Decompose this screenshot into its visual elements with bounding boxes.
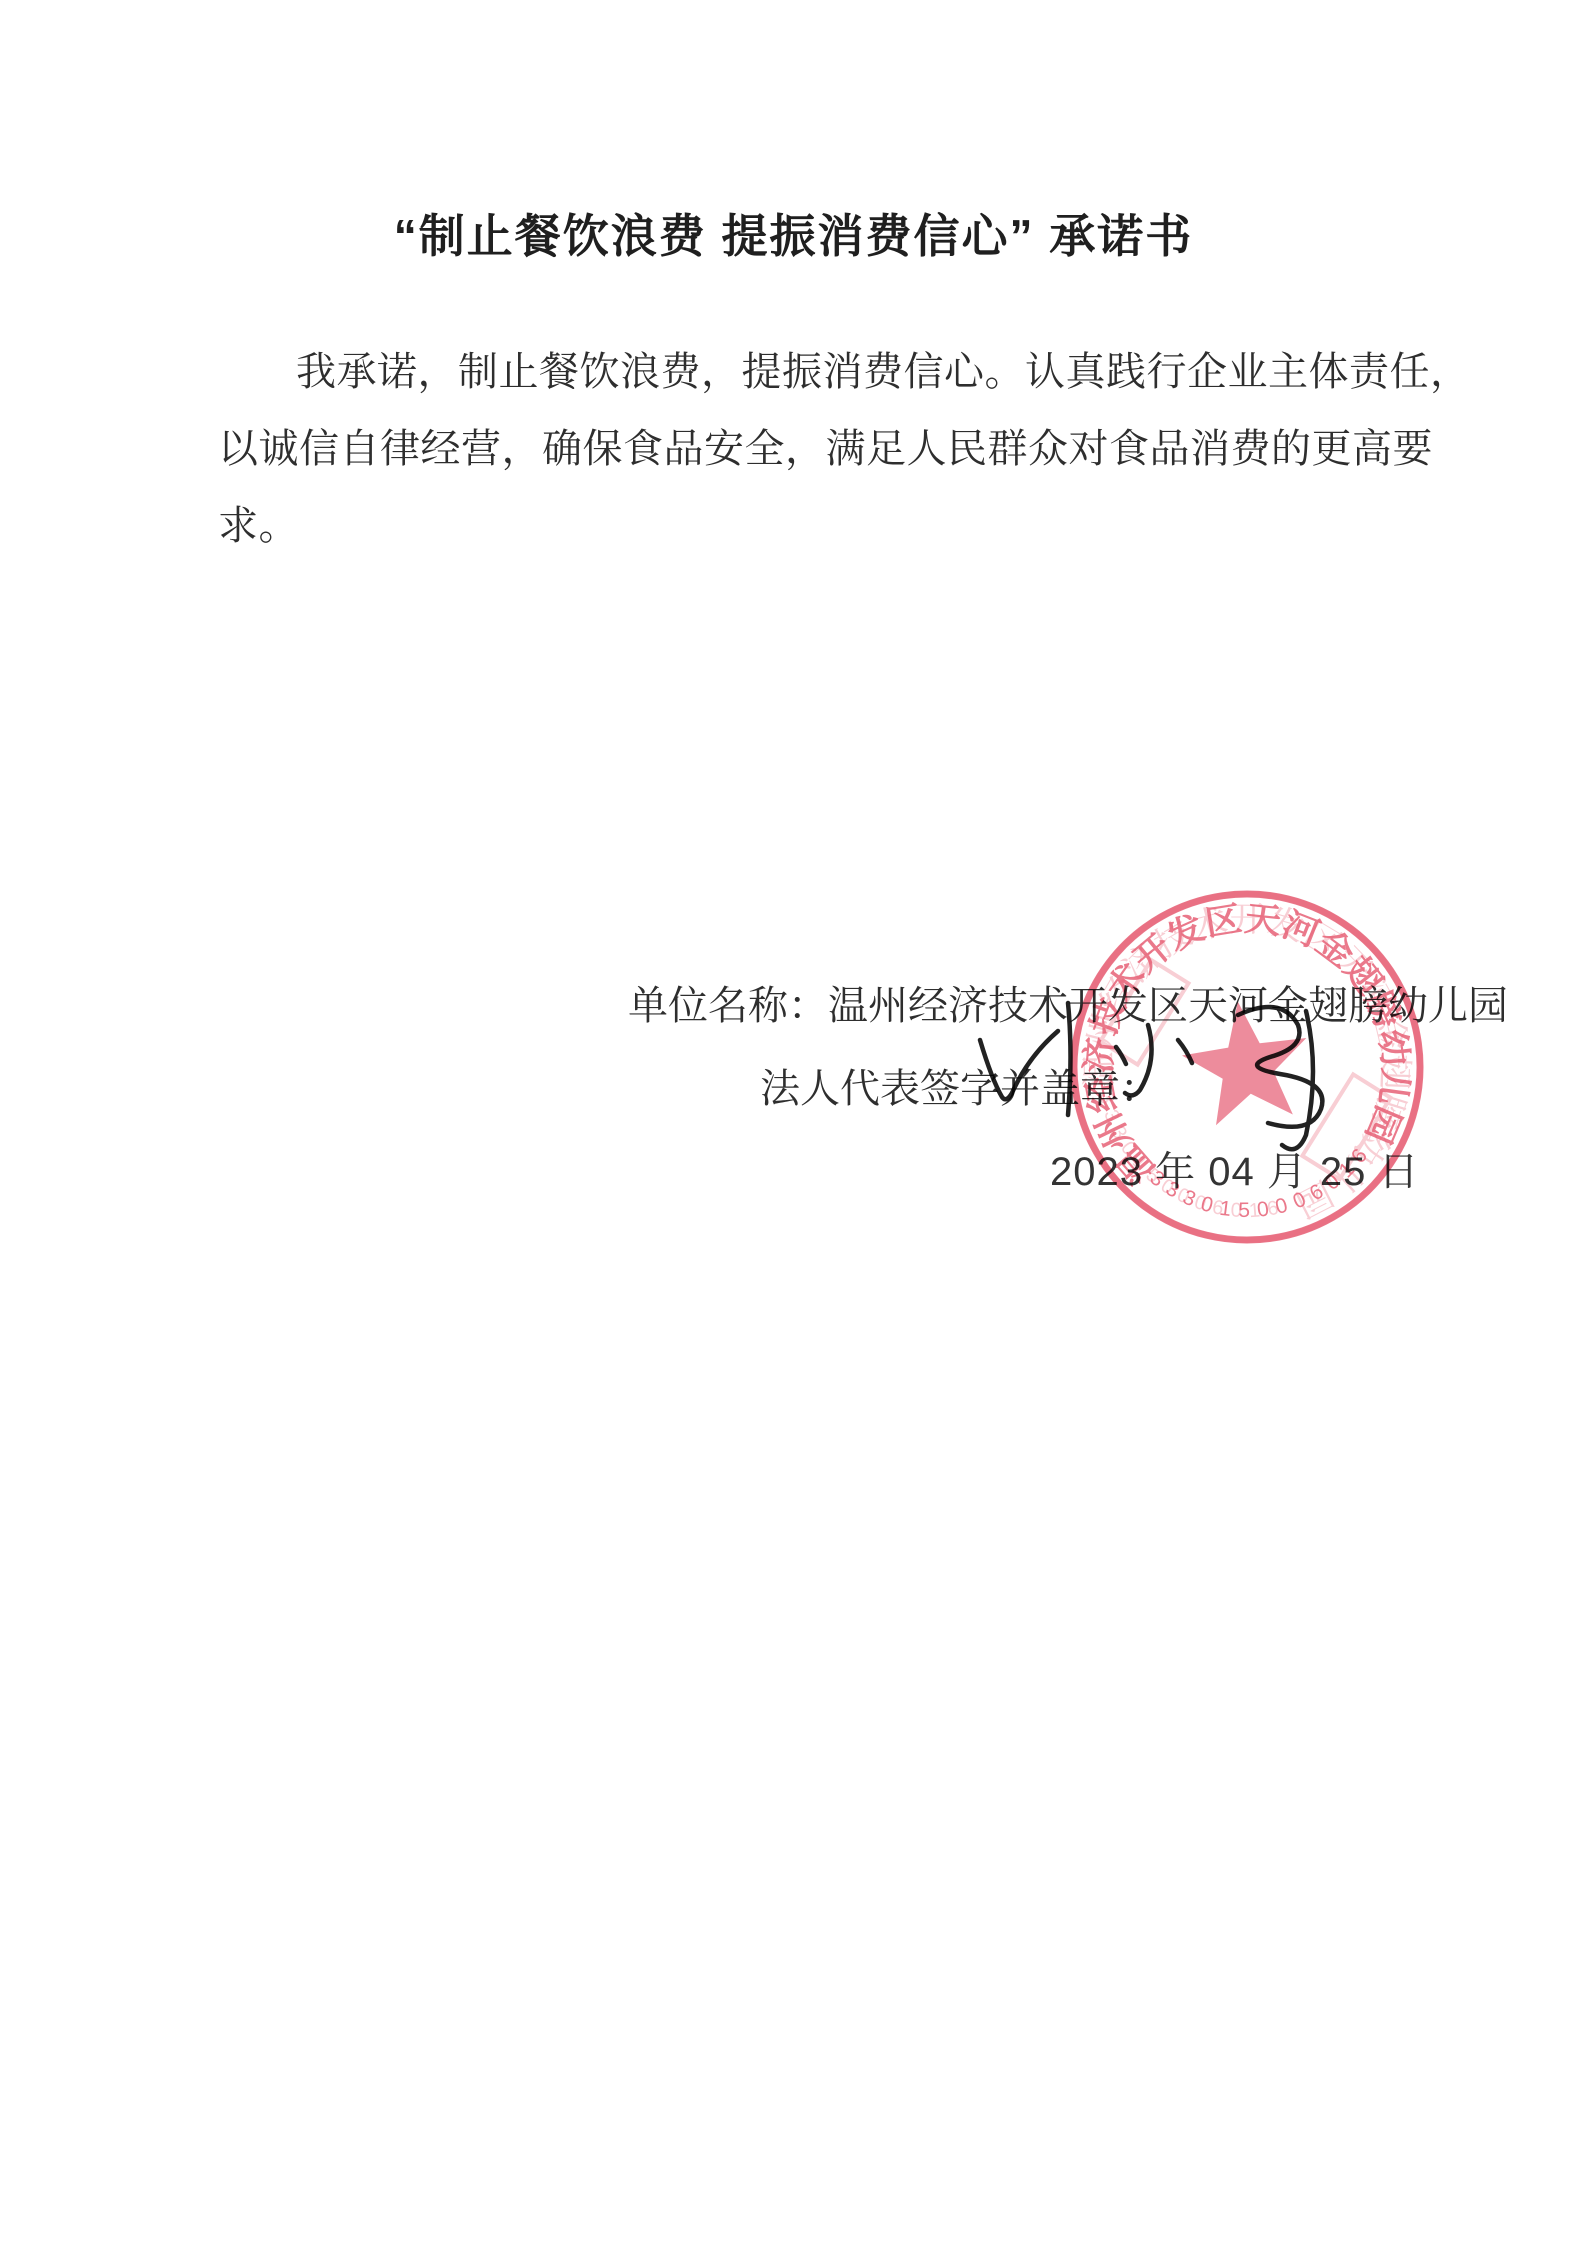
paragraph-line: 我承诺，制止餐饮浪费，提振消费信心。认真践行企业主体责任，: [218, 334, 1338, 411]
paragraph-line: 以诚信自律经营，确保食品安全，满足人民群众对食品消费的更高要: [218, 411, 1338, 488]
signature-stroke: [1178, 1040, 1192, 1063]
paragraph-line: 求。: [218, 488, 1338, 565]
signature-stroke: [1125, 1025, 1152, 1095]
handwritten-signature-icon: [940, 985, 1380, 1180]
document-page: “制止餐饮浪费 提振消费信心” 承诺书 我承诺，制止餐饮浪费，提振消费信心。认真…: [0, 0, 1587, 2245]
signature-stroke: [1068, 1003, 1071, 1115]
signature-stroke: [980, 1031, 1058, 1099]
signature-stroke: [1116, 1047, 1126, 1064]
doc-title: “制止餐饮浪费 提振消费信心” 承诺书: [0, 200, 1587, 266]
body-paragraph: 我承诺，制止餐饮浪费，提振消费信心。认真践行企业主体责任， 以诚信自律经营，确保…: [218, 334, 1338, 565]
